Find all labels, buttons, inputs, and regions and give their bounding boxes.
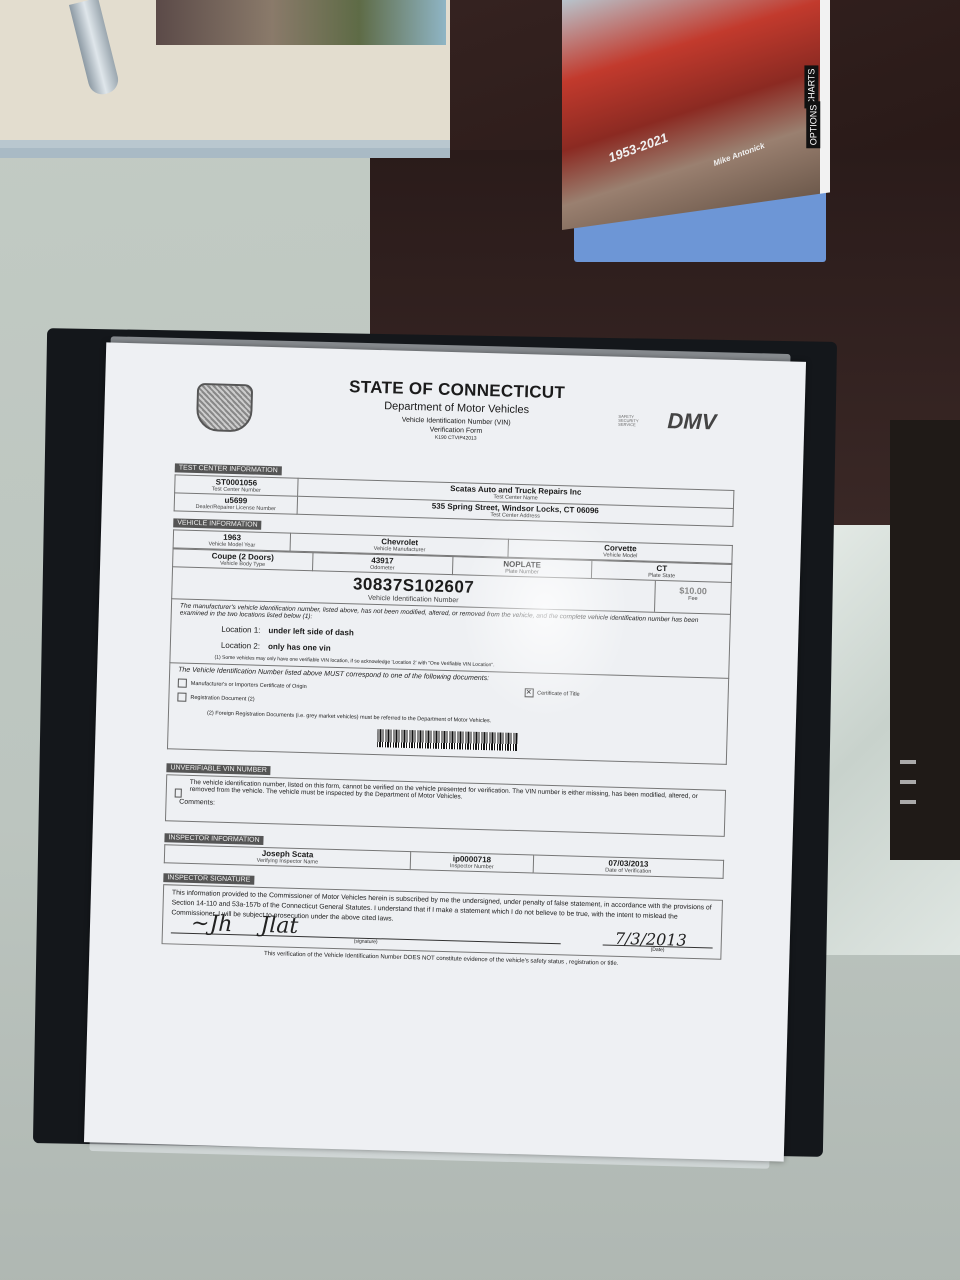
magazine-photo (156, 0, 446, 45)
handwritten-date: 7/3/2013 (615, 929, 687, 950)
location-1-label: Location 1: (221, 625, 260, 635)
unverifiable-checkbox[interactable] (175, 788, 182, 797)
location-2-label: Location 2: (221, 641, 260, 651)
checkbox-checked-icon[interactable]: ✕ (524, 688, 533, 697)
location-2-value: only has one vin (268, 642, 331, 653)
corvette-book: 1953-2021 Mike Antonick CHARTS OPTIONS (562, 0, 824, 262)
barcode-icon (377, 729, 517, 751)
unverifiable-section: The vehicle identification number, liste… (165, 774, 726, 837)
right-binder (890, 420, 960, 860)
signature-section: This information provided to the Commiss… (162, 884, 723, 960)
doc-registration-document[interactable]: Registration Document (2) (177, 693, 254, 704)
field-label: Fee (655, 595, 730, 603)
doc-label: Manufacturer's or Importers Certificate … (191, 681, 307, 690)
form-header: STATE OF CONNECTICUT Department of Motor… (175, 372, 737, 472)
vin-verification-form: STATE OF CONNECTICUT Department of Motor… (84, 342, 806, 1161)
signature-label: (signature) (354, 939, 378, 946)
documents-section: The Vehicle Identification Number listed… (167, 663, 729, 765)
section-inspector: INSPECTOR INFORMATION (164, 833, 263, 845)
section-signature: INSPECTOR SIGNATURE (163, 873, 254, 885)
signature-line[interactable]: ~Jh Jlat (signature) (171, 932, 561, 950)
checkbox-empty-icon[interactable] (178, 679, 187, 688)
test-center-table: ST0001056Test Center Number Scatas Auto … (174, 474, 735, 527)
doc-label: Certificate of Title (537, 691, 580, 698)
doc-label: Registration Document (2) (190, 695, 254, 703)
dmv-logo-subtext: SAFETY SECURITY SERVICE (618, 415, 638, 428)
doc-certificate-of-title[interactable]: ✕Certificate of Title (524, 688, 580, 699)
connecticut-seal-icon (196, 383, 253, 433)
handwritten-signature: ~Jh Jlat (191, 911, 299, 939)
section-unverifiable: UNVERIFIABLE VIN NUMBER (166, 763, 271, 775)
book-cover (562, 0, 830, 230)
notebook-stack (0, 0, 450, 140)
date-line[interactable]: 7/3/2013 (Date) (602, 944, 712, 954)
section-vehicle: VEHICLE INFORMATION (173, 518, 262, 529)
section-test-center: TEST CENTER INFORMATION (175, 463, 282, 475)
book-tab-options: OPTIONS (806, 102, 820, 149)
doc-certificate-of-origin[interactable]: Manufacturer's or Importers Certificate … (178, 679, 307, 692)
location-1-value: under left side of dash (268, 626, 354, 637)
checkbox-empty-icon[interactable] (177, 693, 186, 702)
inspector-table: Joseph ScataVerifying Inspector Name ip0… (164, 844, 724, 879)
dmv-logo-icon: DMV (667, 408, 717, 435)
